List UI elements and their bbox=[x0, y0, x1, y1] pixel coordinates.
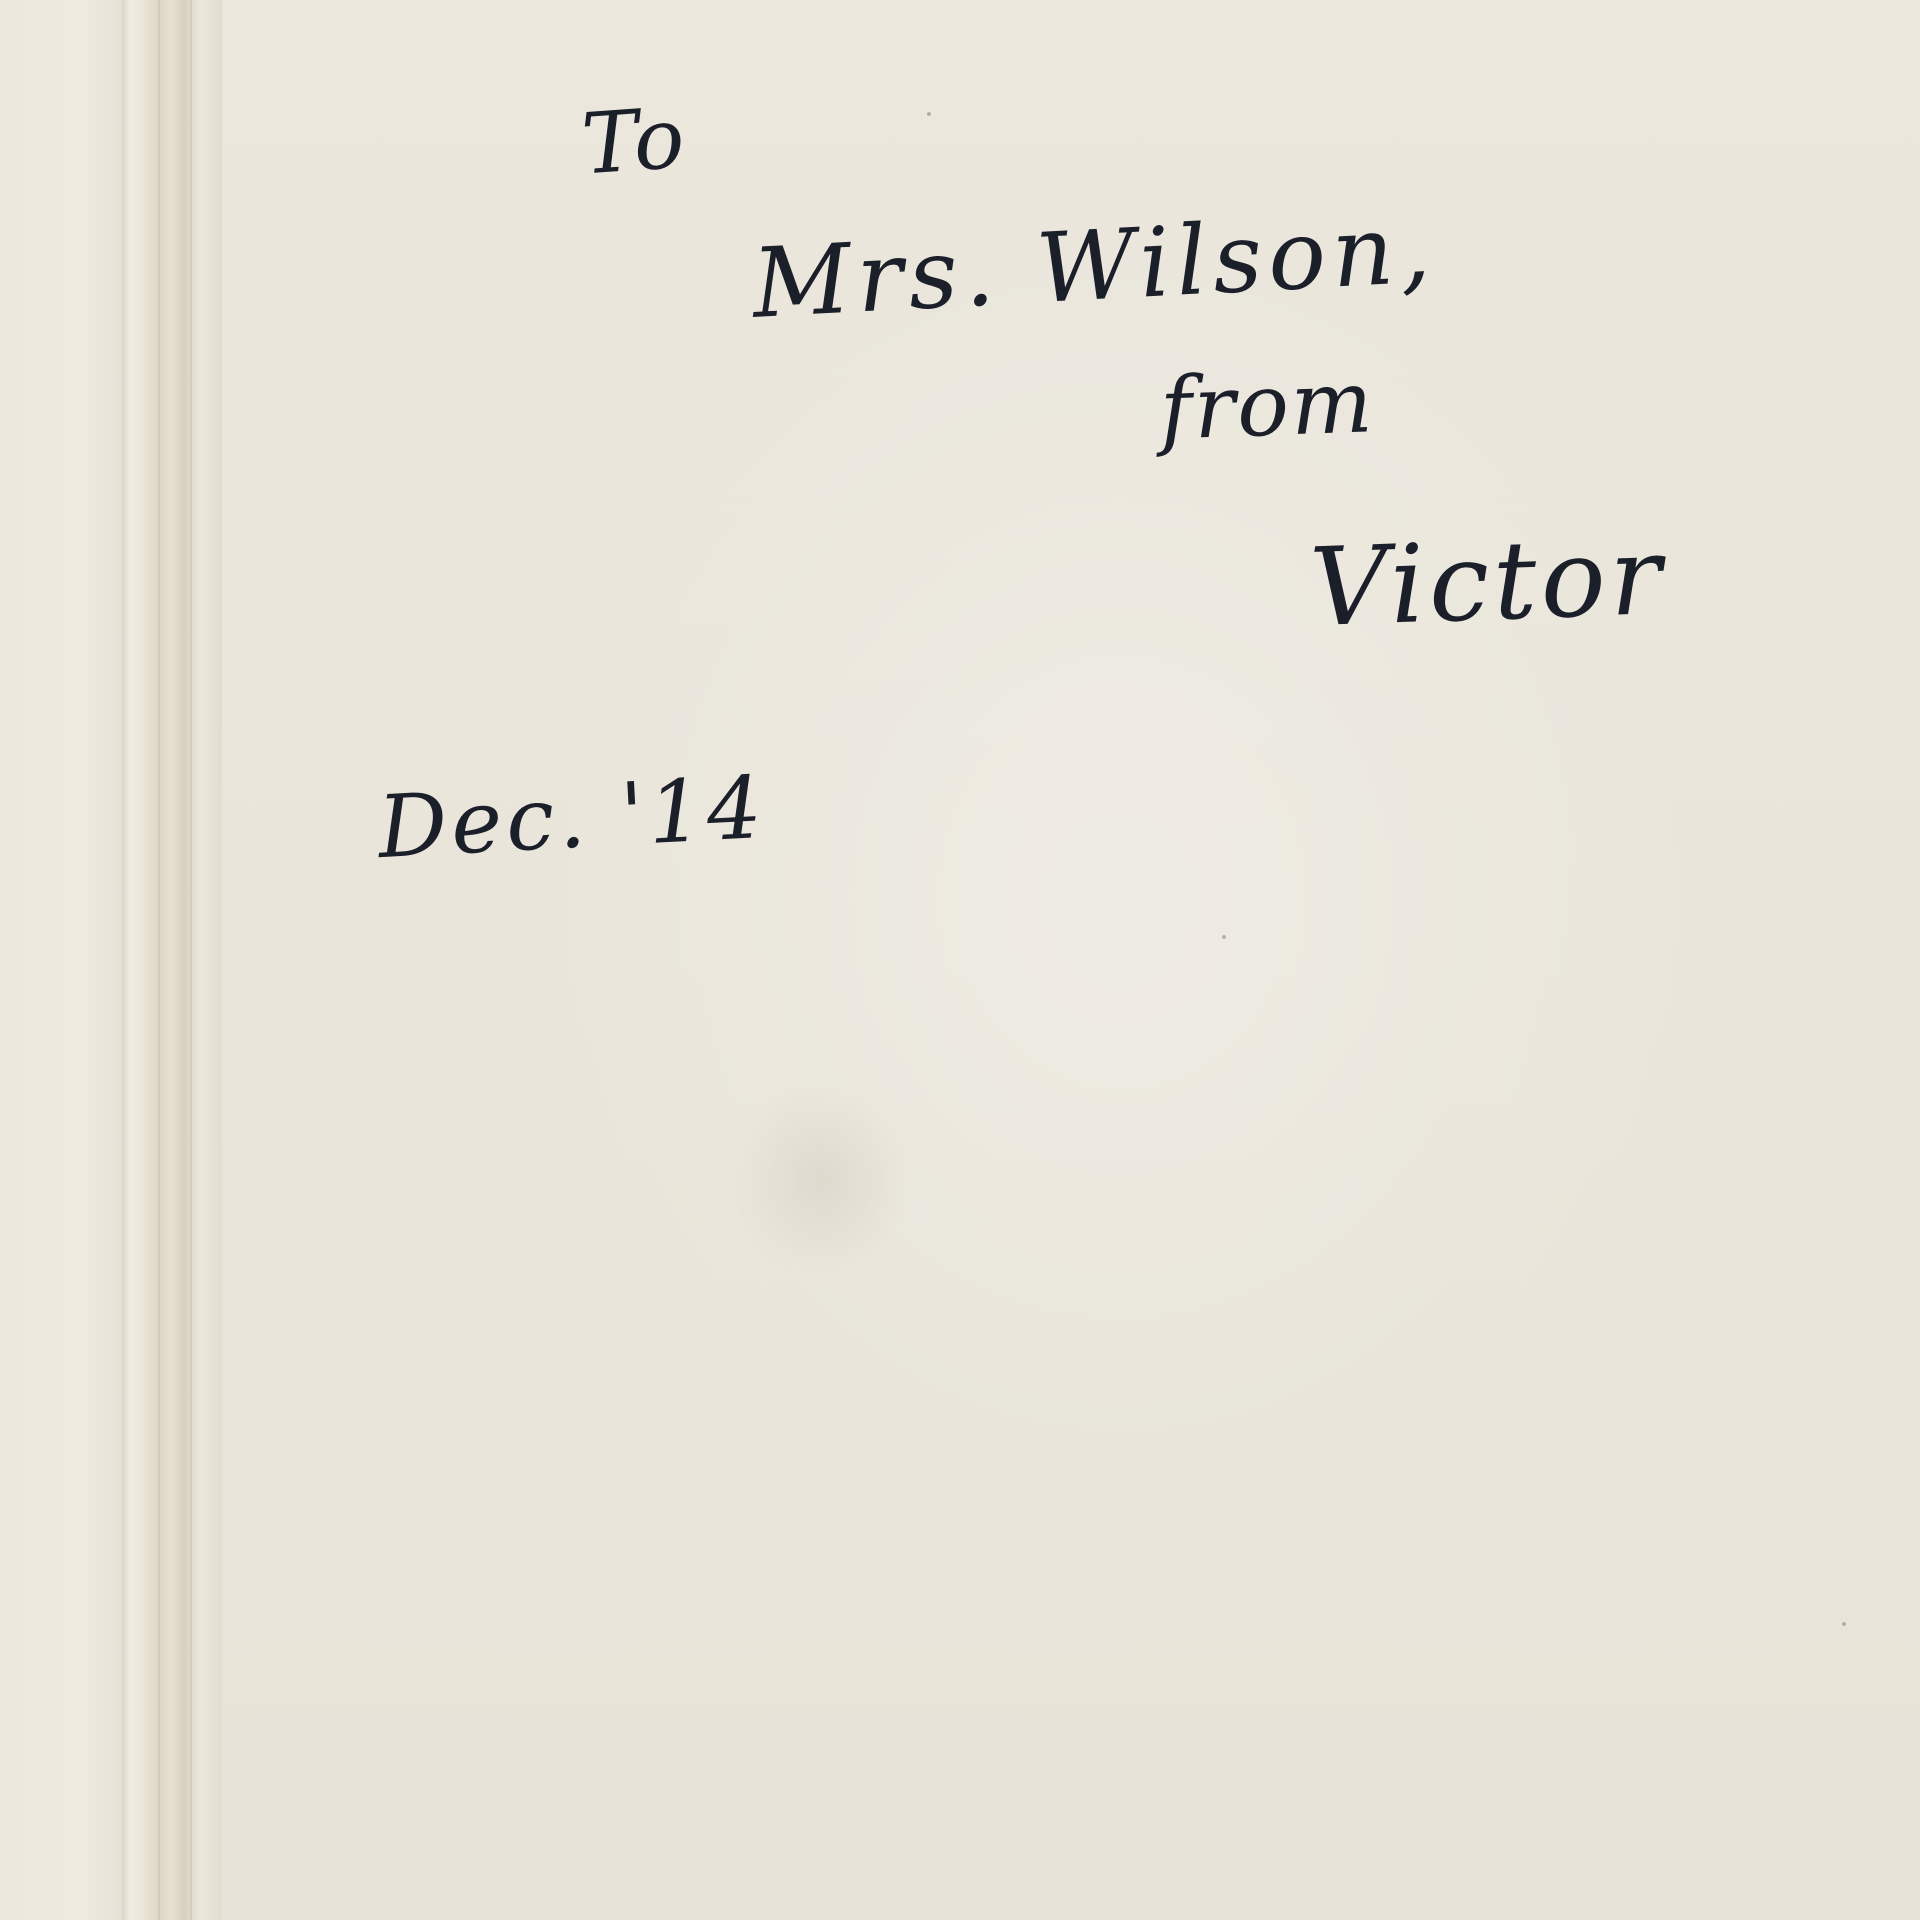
inscription-salutation: To bbox=[579, 88, 690, 193]
book-gutter bbox=[122, 0, 222, 1920]
paper-speck bbox=[1842, 1622, 1846, 1626]
gutter-crease bbox=[158, 0, 160, 1920]
inscription-date: Dec. '14 bbox=[376, 758, 768, 878]
book-spread: To Mrs. Wilson, from Victor Dec. '14 bbox=[0, 0, 1920, 1920]
paper-speck bbox=[1222, 935, 1226, 939]
left-endpaper bbox=[0, 0, 122, 1920]
inscription-from: from bbox=[1158, 352, 1376, 459]
paper-speck bbox=[927, 112, 931, 116]
gutter-crease bbox=[190, 0, 192, 1920]
inscription-signature: Victor bbox=[1308, 514, 1667, 651]
